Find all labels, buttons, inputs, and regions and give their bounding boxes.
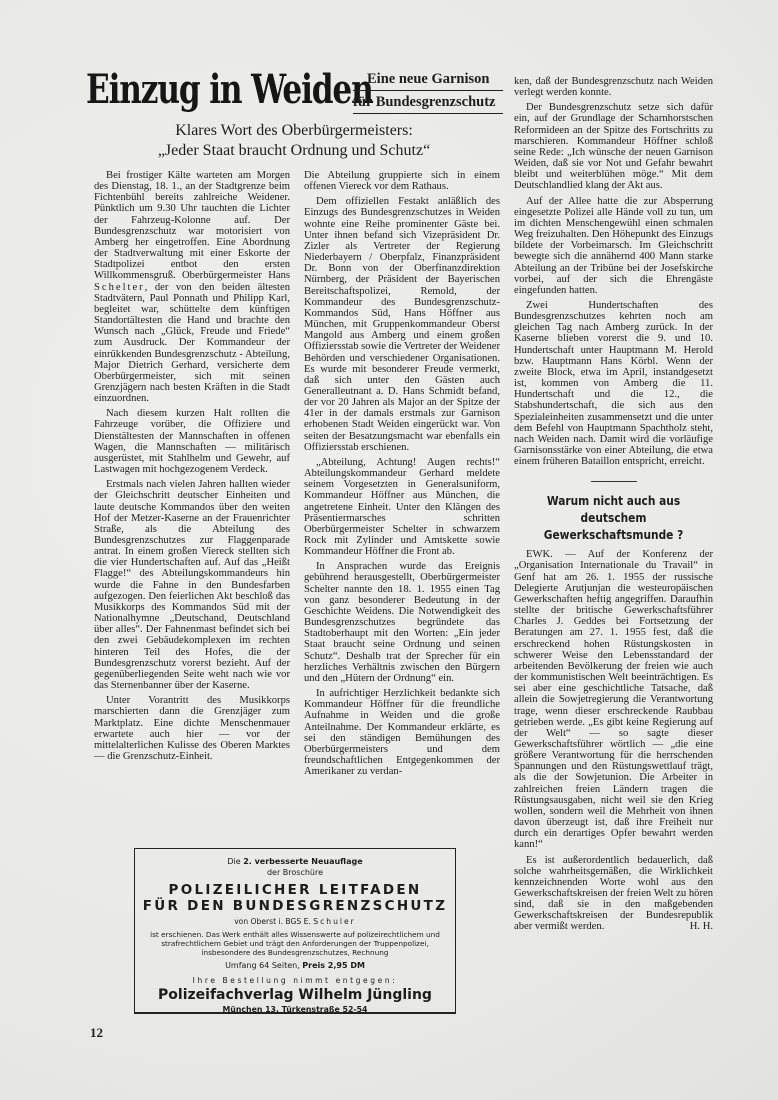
paragraph: Nach diesem kurzen Halt rollten die Fahr… bbox=[94, 408, 290, 475]
signature: H. H. bbox=[678, 921, 713, 932]
kicker-line-2: für Bundesgrenzschutz bbox=[353, 95, 503, 114]
article-kicker: Eine neue Garnison für Bundesgrenzschutz bbox=[353, 72, 503, 118]
book-advertisement: Die 2. verbesserte Neuauflage der Brosch… bbox=[134, 848, 456, 1014]
ad-publisher: Polizeifachverlag Wilhelm Jüngling bbox=[135, 987, 455, 1003]
page-number: 12 bbox=[90, 1025, 103, 1041]
paragraph: Es ist außerordentlich bedauerlich, daß … bbox=[514, 855, 713, 933]
ad-body: ist erschienen. Das Werk enthält alles W… bbox=[143, 930, 447, 957]
ad-address: München 13, Türkenstraße 52-54 bbox=[135, 1005, 455, 1014]
paragraph: In aufrichtiger Herzlichkeit bedankte si… bbox=[304, 688, 500, 777]
article-subhead: Klares Wort des Oberbürgermeisters: „Jed… bbox=[84, 121, 504, 161]
paragraph: Auf der Allee hatte die zur Absperrung e… bbox=[514, 196, 713, 296]
paragraph: Zwei Hundertschaften des Bundesgrenzschu… bbox=[514, 300, 713, 467]
paragraph: Erstmals nach vielen Jahren hallten wied… bbox=[94, 479, 290, 691]
article-headline: Einzug in Weiden bbox=[86, 70, 373, 110]
side-article-headline: Warum nicht auch aus deutschem Gewerksch… bbox=[529, 492, 698, 543]
ad-author: von Oberst i. BGS E. Schuler bbox=[135, 917, 455, 926]
paragraph: Die Abteilung gruppierte sich in einem o… bbox=[304, 170, 500, 192]
article-column-1: Bei frostiger Kälte warteten am Morgen d… bbox=[94, 170, 290, 766]
paragraph: In Ansprachen wurde das Ereignis gebühre… bbox=[304, 561, 500, 684]
article-column-2: Die Abteilung gruppierte sich in einem o… bbox=[304, 170, 500, 781]
ad-price: Umfang 64 Seiten, Preis 2,95 DM bbox=[135, 961, 455, 970]
paragraph: Unter Vorantritt des Musikkorps marschie… bbox=[94, 695, 290, 762]
article-column-3: ken, daß der Bundesgrenzschutz nach Weid… bbox=[514, 76, 713, 937]
paragraph: Der Bundesgrenzschutz setze sich dafür e… bbox=[514, 102, 713, 191]
kicker-line-1: Eine neue Garnison bbox=[353, 72, 503, 91]
newspaper-page: Einzug in Weiden Eine neue Garnison für … bbox=[0, 0, 778, 1100]
subhead-line-2: „Jeder Staat braucht Ordnung und Schutz“ bbox=[84, 141, 504, 161]
section-divider bbox=[591, 481, 637, 482]
paragraph: Bei frostiger Kälte warteten am Morgen d… bbox=[94, 170, 290, 404]
paragraph: ken, daß der Bundesgrenzschutz nach Weid… bbox=[514, 76, 713, 98]
name-spaced: Schelter bbox=[94, 282, 145, 293]
paragraph: EWK. — Auf der Konferenz der „Organisati… bbox=[514, 549, 713, 850]
paragraph: Dem offiziellen Festakt anläßlich des Ei… bbox=[304, 196, 500, 453]
ad-title: POLIZEILICHER LEITFADEN FÜR DEN BUNDESGR… bbox=[135, 882, 455, 914]
paragraph: „Abteilung, Achtung! Augen rechts!“ Abte… bbox=[304, 457, 500, 557]
subhead-line-1: Klares Wort des Oberbürgermeisters: bbox=[84, 121, 504, 141]
